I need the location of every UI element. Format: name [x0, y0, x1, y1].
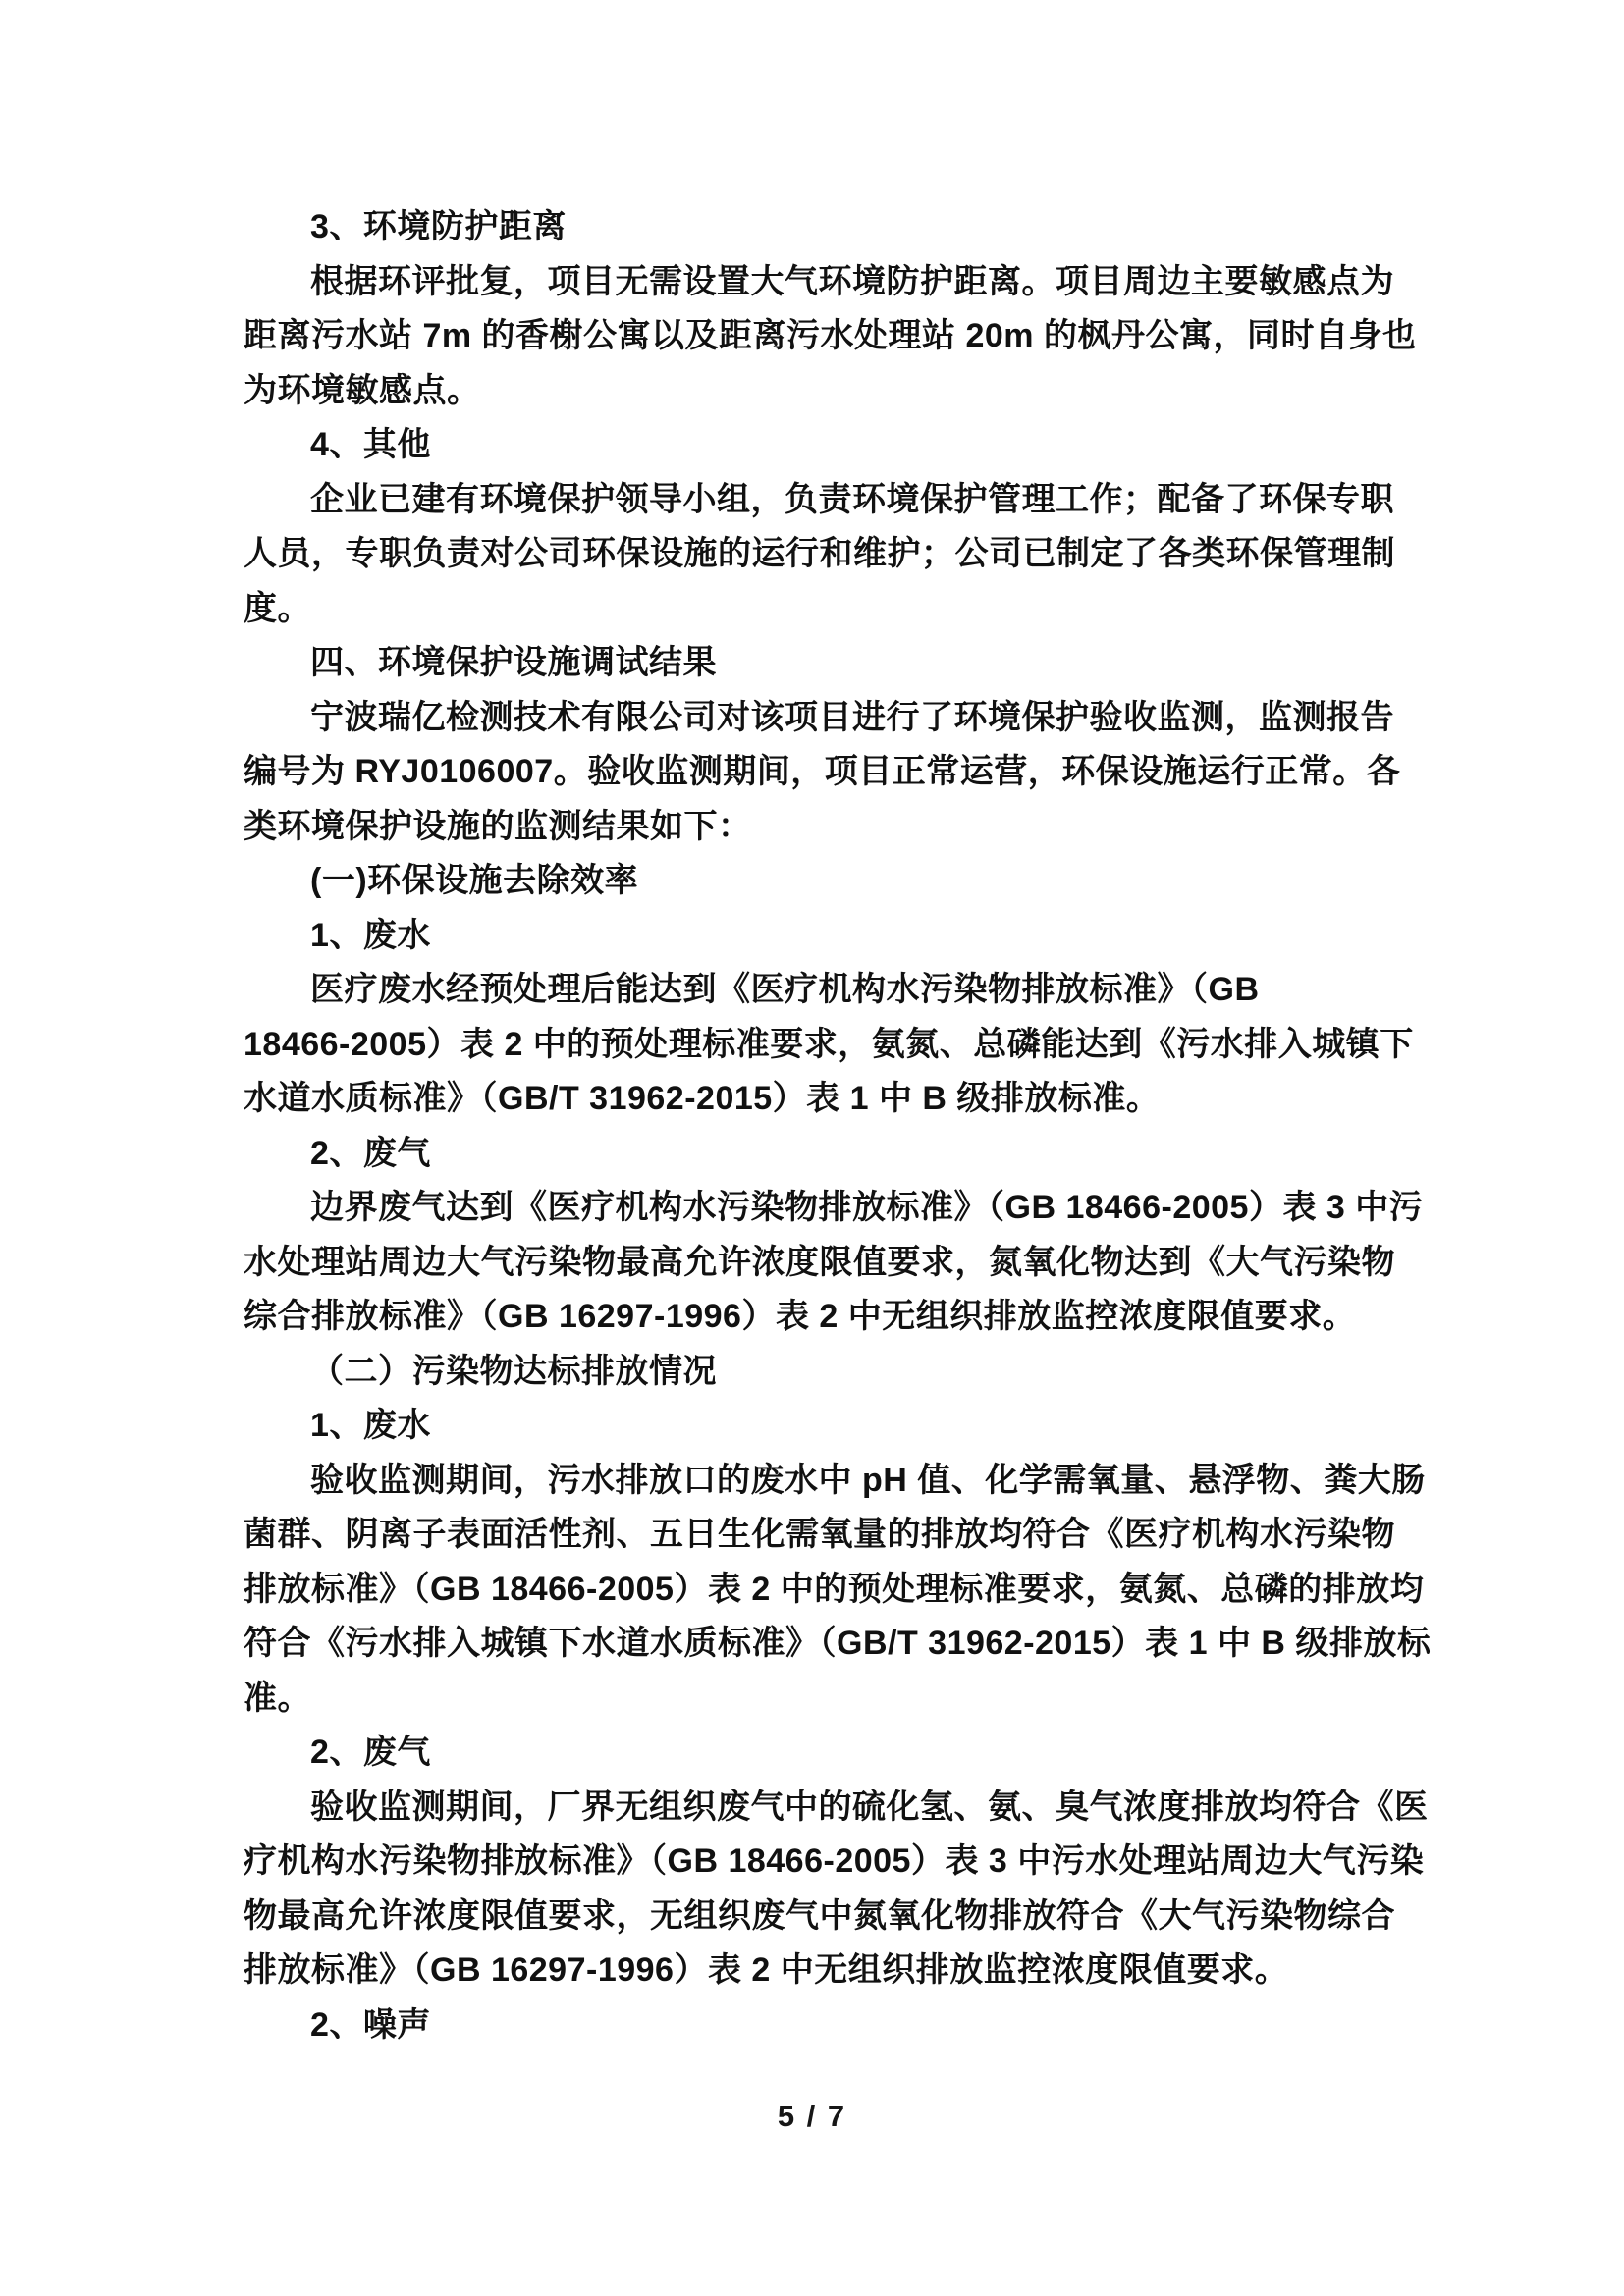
text-line: 菌群、阴离子表面活性剂、五日生化需氧量的排放均符合《医疗机构水污染物 — [244, 1508, 1382, 1563]
text-line: 18466-2005）表 2 中的预处理标准要求，氨氮、总磷能达到《污水排入城镇… — [244, 1018, 1382, 1073]
paragraph-first-line: 根据环评批复，项目无需设置大气环境防护距离。项目周边主要敏感点为 — [244, 255, 1382, 310]
paragraph-first-line: 2、废气 — [244, 1127, 1382, 1182]
text-line: 距离污水站 7m 的香榭公寓以及距离污水处理站 20m 的枫丹公寓，同时自身也 — [244, 309, 1382, 364]
document-page: 3、环境防护距离根据环评批复，项目无需设置大气环境防护距离。项目周边主要敏感点为… — [0, 0, 1624, 2296]
paragraph-first-line: 1、废水 — [244, 909, 1382, 964]
text-line: 排放标准》（GB 16297-1996）表 2 中无组织排放监控浓度限值要求。 — [244, 1944, 1382, 1999]
text-line: 度。 — [244, 582, 1382, 637]
paragraph-first-line: 医疗废水经预处理后能达到《医疗机构水污染物排放标准》（GB — [244, 963, 1382, 1018]
paragraph-first-line: 3、环境防护距离 — [244, 200, 1382, 255]
paragraph-first-line: 2、废气 — [244, 1726, 1382, 1781]
text-line: 准。 — [244, 1672, 1382, 1727]
paragraph-first-line: 4、其他 — [244, 418, 1382, 473]
text-line: 人员，专职负责对公司环保设施的运行和维护；公司已制定了各类环保管理制 — [244, 527, 1382, 582]
text-line: 类环境保护设施的监测结果如下： — [244, 800, 1382, 855]
paragraph-first-line: 验收监测期间，污水排放口的废水中 pH 值、化学需氧量、悬浮物、粪大肠 — [244, 1454, 1382, 1509]
paragraph-first-line: (一)环保设施去除效率 — [244, 854, 1382, 909]
text-line: 疗机构水污染物排放标准》（GB 18466-2005）表 3 中污水处理站周边大… — [244, 1835, 1382, 1890]
text-line: 物最高允许浓度限值要求，无组织废气中氮氧化物排放符合《大气污染物综合 — [244, 1890, 1382, 1945]
text-line: 排放标准》（GB 18466-2005）表 2 中的预处理标准要求，氨氮、总磷的… — [244, 1563, 1382, 1618]
paragraph-first-line: 企业已建有环境保护领导小组，负责环境保护管理工作；配备了环保专职 — [244, 473, 1382, 528]
paragraph-first-line: 宁波瑞亿检测技术有限公司对该项目进行了环境保护验收监测，监测报告 — [244, 691, 1382, 746]
paragraph-first-line: 1、废水 — [244, 1399, 1382, 1454]
paragraph-first-line: 四、环境保护设施调试结果 — [244, 636, 1382, 691]
page-number: 5 / 7 — [0, 2097, 1624, 2136]
text-line: 水道水质标准》（GB/T 31962-2015）表 1 中 B 级排放标准。 — [244, 1072, 1382, 1127]
paragraph-first-line: 验收监测期间，厂界无组织废气中的硫化氢、氨、臭气浓度排放均符合《医 — [244, 1781, 1382, 1836]
text-line: 为环境敏感点。 — [244, 364, 1382, 419]
paragraph-first-line: （二）污染物达标排放情况 — [244, 1345, 1382, 1400]
text-line: 综合排放标准》（GB 16297-1996）表 2 中无组织排放监控浓度限值要求… — [244, 1290, 1382, 1345]
text-line: 符合《污水排入城镇下水道水质标准》（GB/T 31962-2015）表 1 中 … — [244, 1617, 1382, 1672]
document-body: 3、环境防护距离根据环评批复，项目无需设置大气环境防护距离。项目周边主要敏感点为… — [244, 200, 1382, 2053]
paragraph-first-line: 2、噪声 — [244, 1999, 1382, 2054]
text-line: 水处理站周边大气污染物最高允许浓度限值要求，氮氧化物达到《大气污染物 — [244, 1236, 1382, 1291]
paragraph-first-line: 边界废气达到《医疗机构水污染物排放标准》（GB 18466-2005）表 3 中… — [244, 1181, 1382, 1236]
text-line: 编号为 RYJ0106007。验收监测期间，项目正常运营，环保设施运行正常。各 — [244, 745, 1382, 800]
